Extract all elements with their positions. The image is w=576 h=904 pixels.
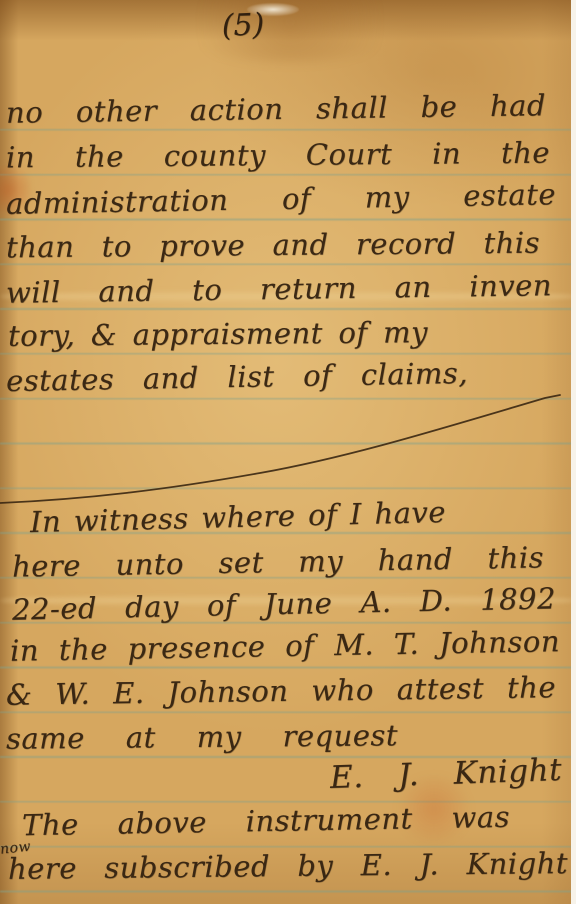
handwritten-line: tory, & appraisment of my [8, 315, 428, 353]
handwritten-line: no other action shall be had [6, 88, 546, 130]
handwritten-line: in the county Court in the [6, 136, 550, 175]
scan-edge [571, 0, 576, 904]
paper-stain [0, 158, 30, 222]
ink-flourish-line [0, 385, 576, 515]
signature: E. J. Knight [329, 752, 562, 796]
handwritten-line: in the presence of M. T. Johnson [10, 624, 561, 668]
handwritten-line: than to prove and record this [6, 226, 540, 265]
handwritten-line: In witness where of I have [30, 495, 447, 539]
paper-stain [392, 776, 476, 842]
handwritten-line: here unto set my hand this [12, 540, 545, 583]
paper-crease [0, 594, 576, 607]
handwritten-line: 22-ed day of June A. D. 1892 [12, 581, 557, 626]
manuscript-page: (5) no other action shall be had in the … [0, 0, 576, 904]
handwritten-line: estates and list of claims, [6, 356, 469, 398]
handwritten-line: & W. E. Johnson who attest the [6, 670, 556, 712]
margin-note: now [0, 838, 35, 857]
handwritten-line: same at my request [6, 718, 398, 755]
handwritten-line: here subscribed by E. J. Knight [8, 846, 568, 886]
handwritten-line: administration of my estate [6, 177, 557, 221]
handwritten-line: will and to return an inven [6, 268, 552, 310]
page-number: (5) [197, 6, 288, 44]
paper-crease [0, 290, 576, 303]
handwritten-line: The above instrument was [22, 800, 511, 843]
ruled-lines [0, 129, 576, 904]
